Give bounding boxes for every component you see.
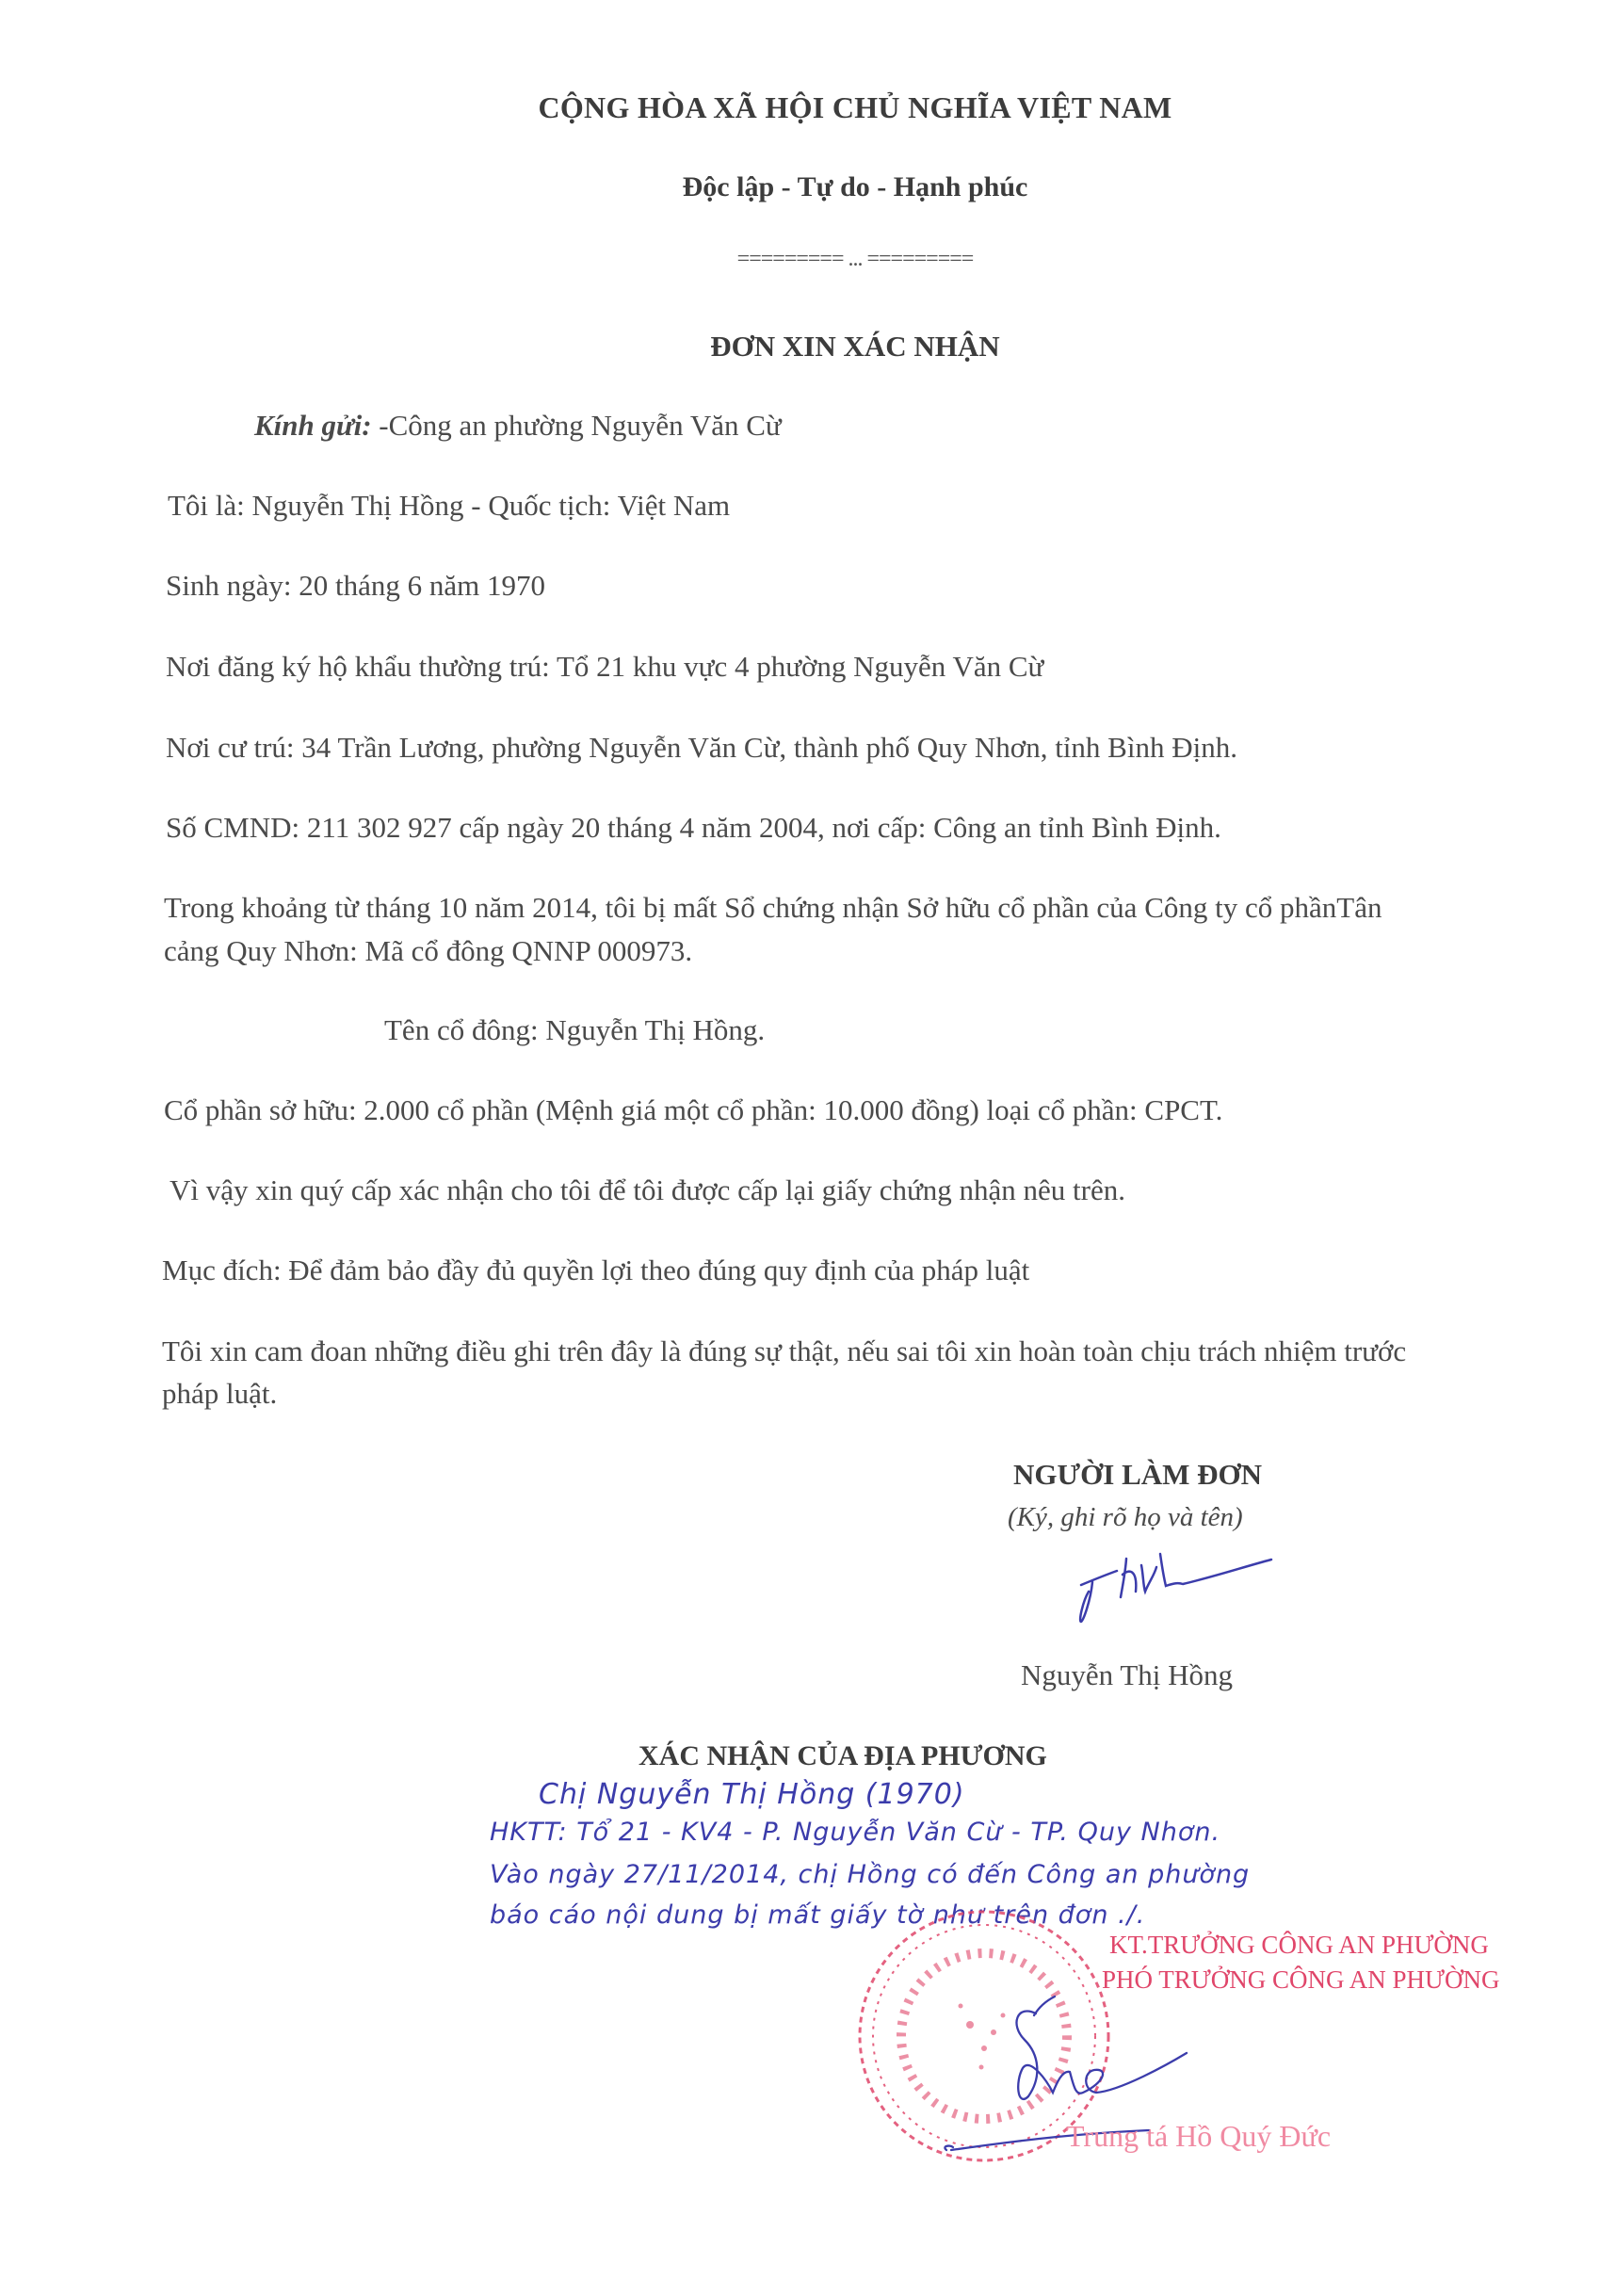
loss-statement-line-1: Trong khoảng từ tháng 10 năm 2014, tôi b… xyxy=(164,893,1382,922)
id-card-line: Số CMND: 211 302 927 cấp ngày 20 tháng 4… xyxy=(166,813,1221,842)
authority-line-1: KT.TRƯỞNG CÔNG AN PHƯỜNG xyxy=(1109,1931,1489,1960)
handwritten-note-line-1: Chị Nguyễn Thị Hồng (1970) xyxy=(539,1778,965,1811)
header-divider: ========= ... ========= xyxy=(47,247,1616,272)
birth-date-line: Sinh ngày: 20 tháng 6 năm 1970 xyxy=(166,571,545,600)
handwritten-note-line-2: HKTT: Tổ 21 - KV4 - P. Nguyễn Văn Cừ - T… xyxy=(490,1818,1220,1847)
local-confirmation-title: XÁC NHẬN CỦA ĐỊA PHƯƠNG xyxy=(638,1740,1047,1772)
shareholder-name-line: Tên cổ đông: Nguyễn Thị Hồng. xyxy=(384,1015,765,1044)
handwritten-note-line-4: báo cáo nội dung bị mất giấy tờ như trên… xyxy=(490,1900,1145,1930)
national-motto: Độc lập - Tự do - Hạnh phúc xyxy=(47,171,1616,203)
shares-line: Cổ phần sở hữu: 2.000 cổ phần (Mệnh giá … xyxy=(164,1095,1222,1124)
recipient-value: -Công an phường Nguyễn Văn Cừ xyxy=(372,409,782,442)
handwritten-note-line-3: Vào ngày 27/11/2014, chị Hồng có đến Côn… xyxy=(490,1860,1250,1889)
commitment-line-2: pháp luật. xyxy=(162,1379,277,1408)
residence-line: Nơi cư trú: 34 Trần Lương, phường Nguyễn… xyxy=(166,733,1237,762)
applicant-signature-hint: (Ký, ghi rõ họ và tên) xyxy=(1008,1502,1243,1533)
request-line: Vì vậy xin quý cấp xác nhận cho tôi để t… xyxy=(170,1175,1125,1205)
permanent-address-line: Nơi đăng ký hộ khẩu thường trú: Tổ 21 kh… xyxy=(166,652,1043,681)
applicant-name: Nguyễn Thị Hồng xyxy=(1021,1660,1233,1690)
identity-line: Tôi là: Nguyễn Thị Hồng - Quốc tịch: Việ… xyxy=(168,491,730,520)
applicant-signature-icon xyxy=(1080,1554,1271,1622)
loss-statement-line-2: cảng Quy Nhơn: Mã cổ đông QNNP 000973. xyxy=(164,936,692,965)
applicant-signature-title: NGƯỜI LÀM ĐƠN xyxy=(1013,1458,1262,1492)
nation-heading: CỘNG HÒA XÃ HỘI CHỦ NGHĨA VIỆT NAM xyxy=(47,90,1616,125)
officer-name: Trung tá Hồ Quý Đức xyxy=(1066,2119,1331,2154)
authority-line-2: PHÓ TRƯỞNG CÔNG AN PHƯỜNG xyxy=(1102,1965,1499,1995)
recipient-label: Kính gửi: xyxy=(254,409,372,442)
purpose-line: Mục đích: Để đảm bảo đầy đủ quyền lợi th… xyxy=(162,1255,1029,1285)
commitment-line-1: Tôi xin cam đoan những điều ghi trên đây… xyxy=(162,1336,1406,1366)
document-title: ĐƠN XIN XÁC NHẬN xyxy=(47,330,1616,364)
recipient-line: Kính gửi: -Công an phường Nguyễn Văn Cừ xyxy=(254,411,782,440)
